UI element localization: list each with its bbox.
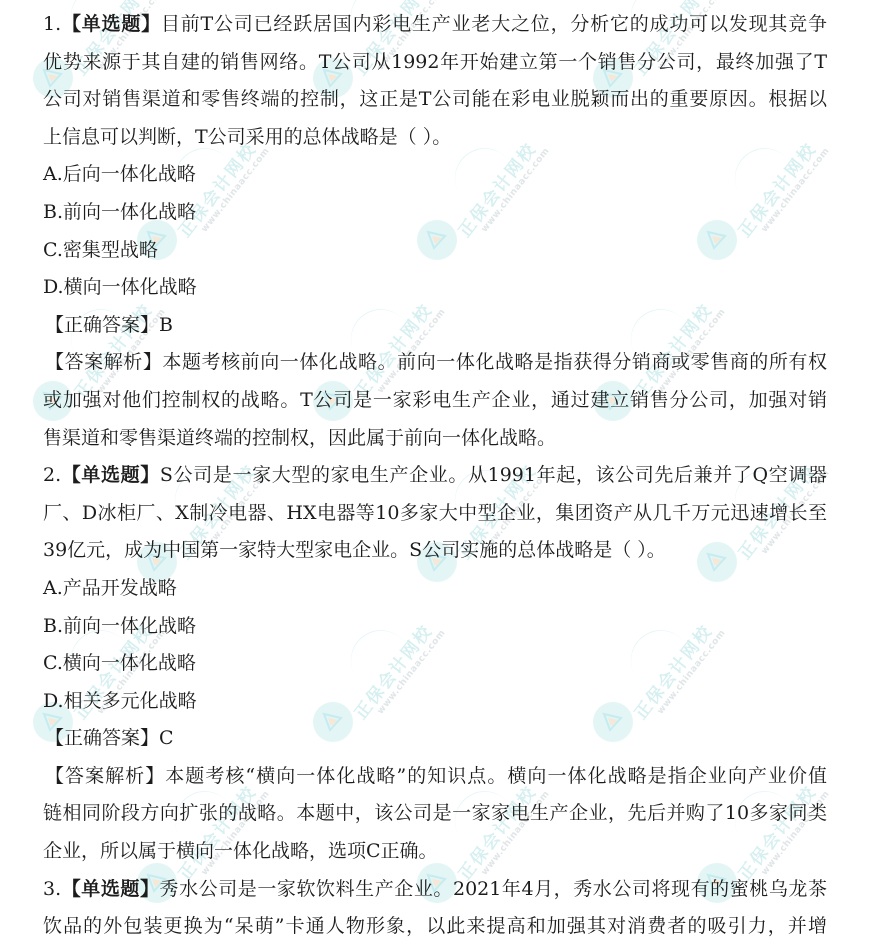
question-1: 1.【单选题】目前T公司已经跃居国内彩电生产业老大之位，分析它的成功可以发现其竞… [43,6,827,457]
question-stem-line: 优势来源于其自建的销售网络。T公司从1992年开始建立第一个销售分公司，最终加强… [43,44,827,82]
analysis-line: 链相同阶段方向扩张的战略。本题中，该公司是一家家电生产企业，先后并购了10多家同… [43,795,827,833]
question-type-label: 【单选题】 [61,878,159,900]
question-2: 2.【单选题】S公司是一家大型的家电生产企业。从1991年起，该公司先后兼并了Q… [43,457,827,871]
correct-answer: 【正确答案】B [43,307,827,345]
question-stem-line: 39亿元，成为中国第一家特大型家电企业。S公司实施的总体战略是（ ）。 [43,532,827,570]
analysis-line: 企业，所以属于横向一体化战略，选项C正确。 [43,833,827,871]
question-stem-line: 3.【单选题】秀水公司是一家软饮料生产企业。2021年4月，秀水公司将现有的蜜桃… [43,871,827,909]
analysis-line: 售渠道和零售渠道终端的控制权，因此属于前向一体化战略。 [43,420,827,458]
option-a: A.后向一体化战略 [43,156,827,194]
analysis-line: 【答案解析】本题考核前向一体化战略。前向一体化战略是指获得分销商或零售商的所有权 [43,344,827,382]
option-b: B.前向一体化战略 [43,194,827,232]
analysis-line: 【答案解析】本题考核“横向一体化战略”的知识点。横向一体化战略是指企业向产业价值 [43,758,827,796]
analysis-line: 或加强对他们控制权的战略。T公司是一家彩电生产企业，通过建立销售分公司，加强对销 [43,382,827,420]
question-stem-line: 公司对销售渠道和零售终端的控制，这正是T公司能在彩电业脱颖而出的重要原因。根据以 [43,81,827,119]
question-stem-line: 厂、D冰柜厂、X制冷电器、HX电器等10多家大中型企业，集团资产从几千万元迅速增… [43,495,827,533]
question-3: 3.【单选题】秀水公司是一家软饮料生产企业。2021年4月，秀水公司将现有的蜜桃… [43,871,827,938]
question-stem-line: 上信息可以判断，T公司采用的总体战略是（ ）。 [43,119,827,157]
question-stem-line: 饮品的外包装更换为“呆萌”卡通人物形象，以此来提高和加强其对消费者的吸引力，并增 [43,908,827,938]
question-type-label: 【单选题】 [61,13,161,35]
option-d: D.相关多元化战略 [43,683,827,721]
question-type-label: 【单选题】 [61,464,160,486]
option-c: C.横向一体化战略 [43,645,827,683]
option-d: D.横向一体化战略 [43,269,827,307]
option-a: A.产品开发战略 [43,570,827,608]
option-c: C.密集型战略 [43,232,827,270]
question-stem-line: 1.【单选题】目前T公司已经跃居国内彩电生产业老大之位，分析它的成功可以发现其竞… [43,6,827,44]
document-body: 1.【单选题】目前T公司已经跃居国内彩电生产业老大之位，分析它的成功可以发现其竞… [43,6,827,938]
option-b: B.前向一体化战略 [43,608,827,646]
correct-answer: 【正确答案】C [43,720,827,758]
question-stem-line: 2.【单选题】S公司是一家大型的家电生产企业。从1991年起，该公司先后兼并了Q… [43,457,827,495]
